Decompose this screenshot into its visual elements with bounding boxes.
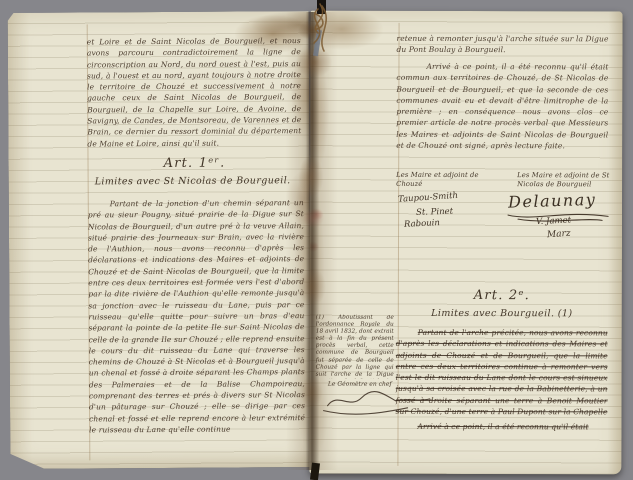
article-1-subtitle: Limites avec St Nicolas de Bourgueil. (79, 175, 307, 190)
article-2-subtitle: Limites avec Bourgueil. (1) (390, 308, 614, 323)
margin-note-signoff: Le Géomètre en chef (320, 381, 392, 388)
article-1-heading: Art. 1ᵉʳ. (87, 155, 301, 173)
signature-delaunay: Delaunay (508, 191, 597, 211)
left-page: et Loire et de Saint Nicolas de Bourguei… (8, 11, 312, 469)
scanned-manuscript-spread: et Loire et de Saint Nicolas de Bourguei… (0, 0, 633, 480)
margin-note: (1) Aboutissant de l'ordonnance Royale d… (316, 315, 394, 379)
signature-caption-st-nicolas: Les Maire et adjoint de St Nicolas de Bo… (517, 171, 612, 191)
struck-last-line: Arrivé à ce point, il a été reconnu qu'i… (396, 421, 608, 434)
article-2-heading: Art. 2ᵉ. (396, 288, 608, 306)
signature-name: Marz (547, 229, 571, 241)
right-page: retenue à remonter jusqu'à l'arche situé… (309, 11, 622, 475)
signature-name: V. Jamet (536, 215, 572, 227)
left-intro-paragraph: et Loire et de Saint Nicolas de Bourguei… (87, 35, 302, 152)
closing-paragraph: Arrivé à ce point, il a été reconnu qu'i… (396, 61, 608, 166)
struck-paragraph: Partant de l'arche précitée, nous avons … (396, 327, 608, 420)
continuation-paragraph: retenue à remonter jusqu'à l'arche situé… (396, 33, 608, 59)
signature-name: Taupou-Smith (398, 191, 458, 205)
signature-name: St. Pinet (416, 207, 453, 218)
left-body-paragraph: Partant de la jonction d'un chemin sépar… (88, 197, 305, 439)
signature-name: Rabouin (404, 218, 440, 230)
signature-caption-chouze: Les Maire et adjoint de Chouzé (396, 171, 496, 191)
binding-twine-icon (299, 2, 341, 54)
spine-gap-bottom (310, 463, 320, 480)
